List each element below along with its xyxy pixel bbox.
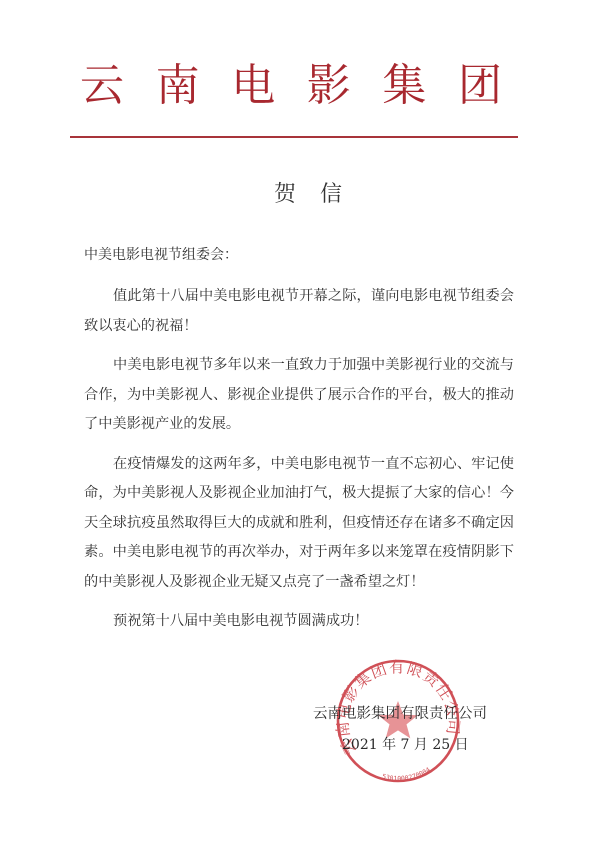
salutation: 中美电影电视节组委会：	[84, 244, 238, 266]
letterhead-char: 电	[229, 61, 277, 111]
signature-organization: 云南电影集团有限责任公司	[313, 703, 487, 725]
paragraph: 预祝第十八届中美电影电视节圆满成功！	[84, 607, 514, 637]
paragraph: 中美电影电视节多年以来一直致力于加强中美影视行业的交流与合作，为中美影视人、影视…	[84, 351, 514, 440]
letter-title: 贺信	[0, 180, 616, 210]
signature-date: 2021 年 7 月 25 日	[342, 734, 469, 756]
paragraph: 在疫情爆发的这两年多，中美电影电视节一直不忘初心、牢记使命，为中美影视人及影视企…	[84, 450, 514, 598]
letter-body: 值此第十八届中美电影电视节开幕之际，谨向电影电视节组委会致以衷心的祝福！ 中美电…	[84, 282, 514, 647]
paragraph: 值此第十八届中美电影电视节开幕之际，谨向电影电视节组委会致以衷心的祝福！	[84, 282, 514, 341]
letterhead-divider	[70, 136, 518, 138]
letterhead-title: 云 南 电 影 集 团	[70, 58, 518, 114]
letterhead-char: 集	[380, 61, 428, 111]
letterhead-char: 影	[305, 61, 353, 111]
seal-code: 5301000270004	[381, 766, 432, 783]
letterhead-char: 南	[154, 61, 202, 111]
letterhead-char: 团	[456, 61, 504, 111]
letterhead-char: 云	[78, 61, 126, 111]
